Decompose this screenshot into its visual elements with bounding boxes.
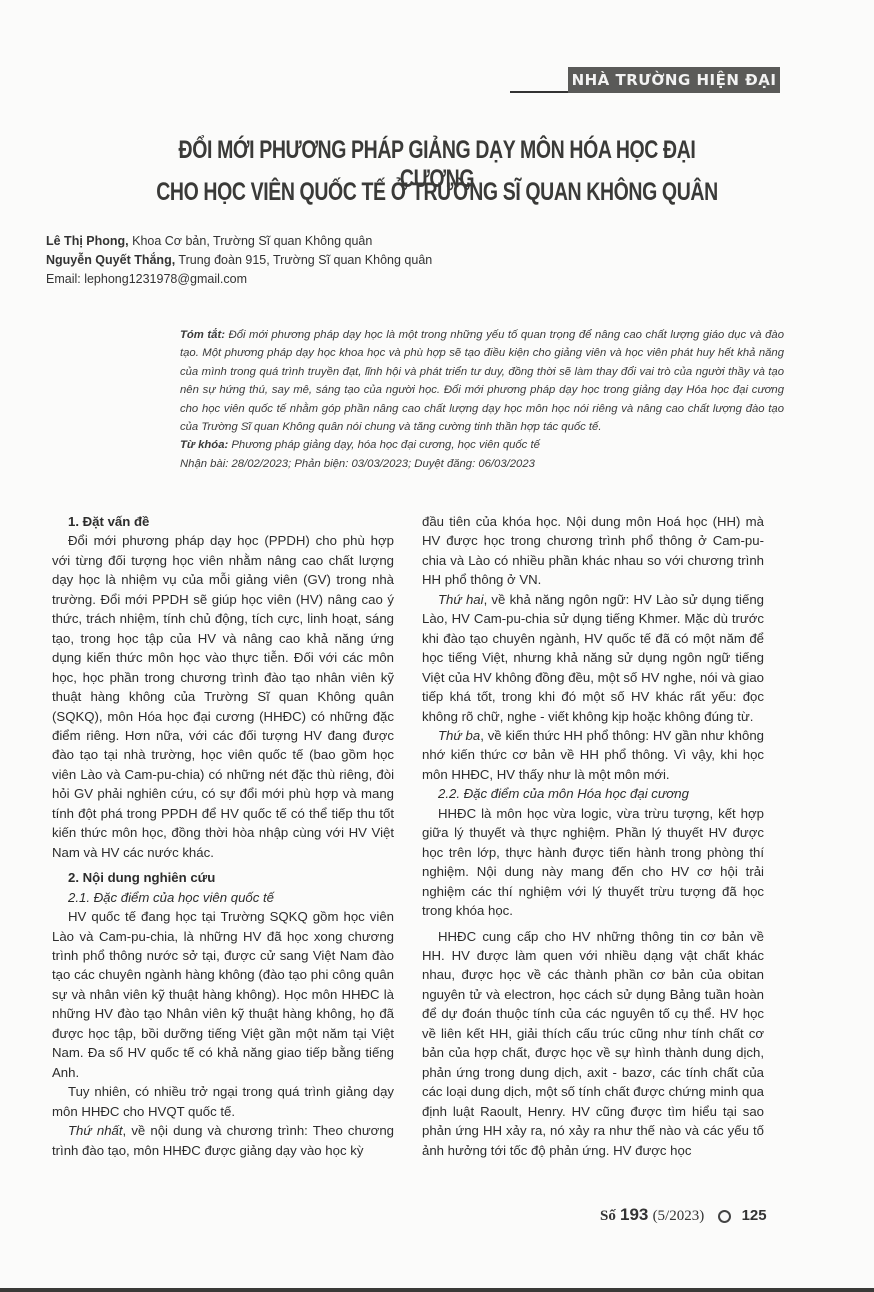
- heading-section-1: 1. Đặt vấn đề: [52, 512, 394, 531]
- abstract-summary: Tóm tắt: Đổi mới phương pháp dạy học là …: [180, 326, 784, 436]
- page-number: 125: [742, 1207, 767, 1224]
- keywords-text: Phương pháp giảng dạy, hóa học đại cương…: [228, 439, 540, 451]
- keywords-label: Từ khóa:: [180, 439, 228, 451]
- article-title-line-2: CHO HỌC VIÊN QUỐC TẾ Ở TRƯỜNG SĨ QUAN KH…: [143, 178, 731, 207]
- heading-section-2: 2. Nội dung nghiên cứu: [52, 868, 394, 887]
- author-1: Lê Thị Phong, Khoa Cơ bản, Trường Sĩ qua…: [46, 232, 432, 251]
- emphasis: Thứ hai: [438, 592, 484, 607]
- author-2: Nguyễn Quyết Thắng, Trung đoàn 915, Trườ…: [46, 251, 432, 270]
- paragraph: HHĐC là môn học vừa logic, vừa trừu tượn…: [422, 804, 764, 921]
- paragraph: Thứ ba, về kiến thức HH phổ thông: HV gầ…: [422, 726, 764, 784]
- abstract-text: Đổi mới phương pháp dạy học là một trong…: [180, 329, 784, 433]
- author-1-name: Lê Thị Phong,: [46, 234, 129, 248]
- paragraph: Tuy nhiên, có nhiều trở ngại trong quá t…: [52, 1082, 394, 1121]
- author-2-affiliation: Trung đoàn 915, Trường Sĩ quan Không quâ…: [175, 253, 432, 267]
- section-rule-divider: [510, 91, 570, 93]
- page-footer: Số 193 (5/2023) 125: [600, 1205, 767, 1225]
- issue-date: (5/2023): [653, 1208, 705, 1224]
- author-email: Email: lephong1231978@gmail.com: [46, 270, 432, 289]
- author-2-name: Nguyễn Quyết Thắng,: [46, 253, 175, 267]
- paragraph: HHĐC cung cấp cho HV những thông tin cơ …: [422, 927, 764, 1160]
- emphasis: Thứ ba: [438, 728, 480, 743]
- body-column-right: đầu tiên của khóa học. Nội dung môn Hoá …: [422, 512, 764, 1160]
- abstract-label: Tóm tắt:: [180, 329, 225, 341]
- section-header-label: NHÀ TRƯỜNG HIỆN ĐẠI: [568, 67, 780, 93]
- subheading-2-2: 2.2. Đặc điểm của môn Hóa học đại cương: [422, 784, 764, 803]
- issue-number: 193: [620, 1205, 648, 1224]
- body-column-left: 1. Đặt vấn đề Đổi mới phương pháp dạy họ…: [52, 512, 394, 1160]
- paragraph: đầu tiên của khóa học. Nội dung môn Hoá …: [422, 512, 764, 590]
- paragraph: Đổi mới phương pháp dạy học (PPDH) cho p…: [52, 531, 394, 862]
- emphasis: Thứ nhất: [68, 1123, 123, 1138]
- section-header: NHÀ TRƯỜNG HIỆN ĐẠI: [510, 67, 780, 93]
- issue-label: Số: [600, 1208, 616, 1224]
- keywords: Từ khóa: Phương pháp giảng dạy, hóa học …: [180, 436, 784, 454]
- paragraph: Thứ nhất, về nội dung và chương trình: T…: [52, 1121, 394, 1160]
- bullet-circle-icon: [718, 1210, 731, 1223]
- submission-dates: Nhận bài: 28/02/2023; Phản biện: 03/03/2…: [180, 455, 784, 473]
- paragraph: HV quốc tế đang học tại Trường SQKQ gồm …: [52, 907, 394, 1082]
- bottom-edge-bar: [0, 1288, 874, 1292]
- paragraph: Thứ hai, về khả năng ngôn ngữ: HV Lào sử…: [422, 590, 764, 726]
- author-block: Lê Thị Phong, Khoa Cơ bản, Trường Sĩ qua…: [46, 232, 432, 289]
- abstract-block: Tóm tắt: Đổi mới phương pháp dạy học là …: [180, 326, 784, 473]
- subheading-2-1: 2.1. Đặc điểm của học viên quốc tế: [52, 888, 394, 907]
- author-1-affiliation: Khoa Cơ bản, Trường Sĩ quan Không quân: [129, 234, 373, 248]
